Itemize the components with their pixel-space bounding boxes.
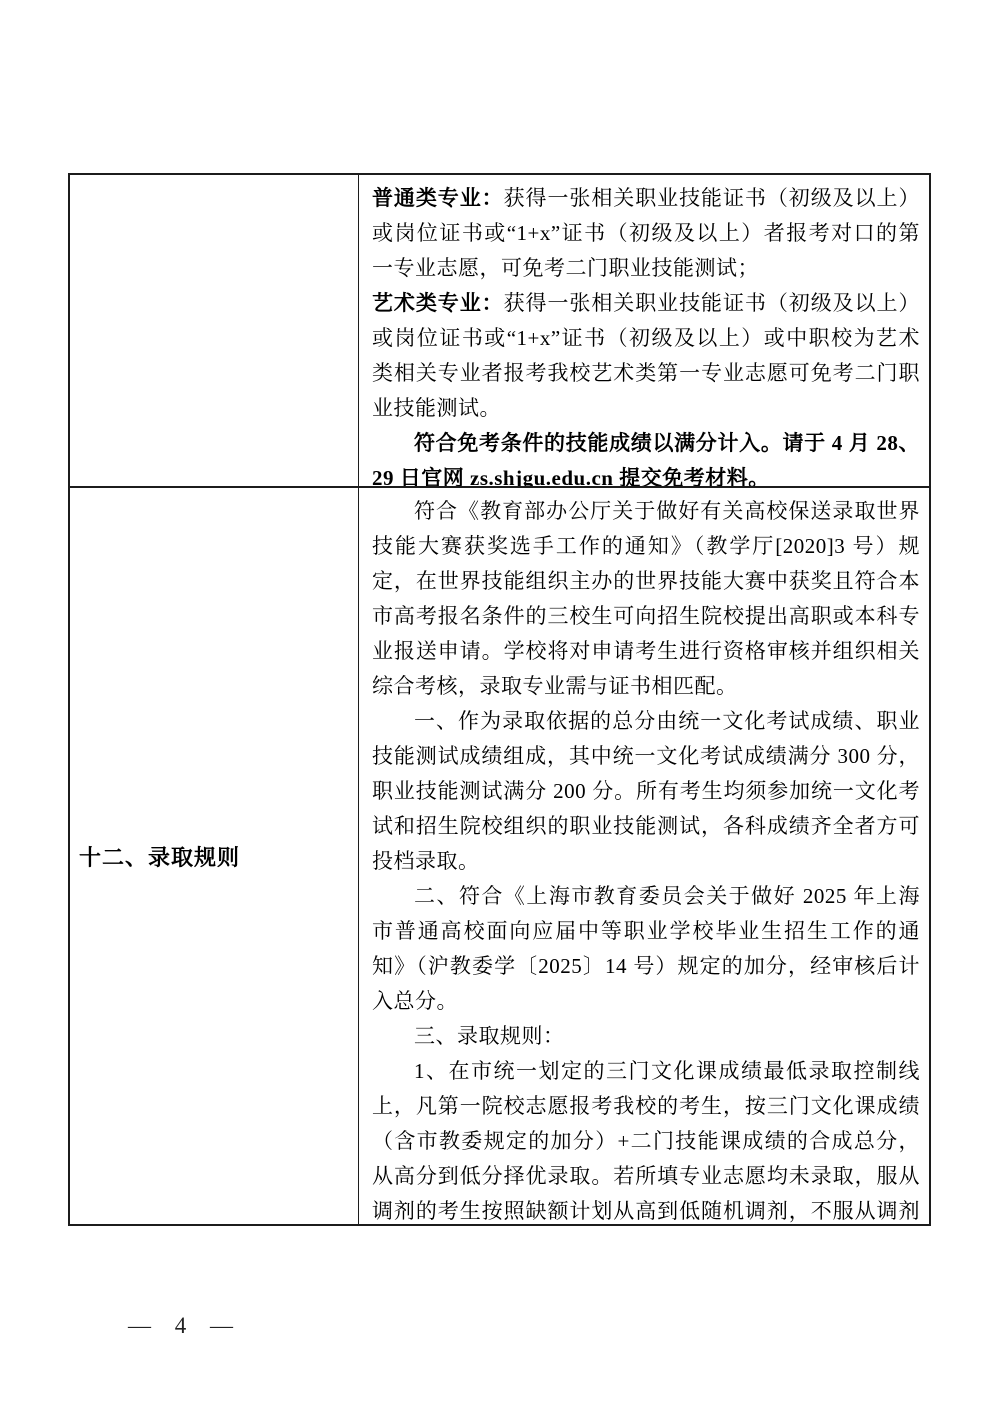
admission-rules-table: 普通类专业：获得一张相关职业技能证书（初级及以上）或岗位证书或“1+x”证书（初… (68, 173, 931, 1226)
rule-2-text: 二、符合《上海市教育委员会关于做好 2025 年上海市普通高校面向应届中等职业学… (372, 884, 920, 1013)
paragraph-rule-3-heading: 三、录取规则： (372, 1019, 920, 1054)
paragraph-rule-1-total-score: 一、作为录取依据的总分由统一文化考试成绩、职业技能测试成绩组成，其中统一文化考试… (372, 704, 920, 879)
worldskills-policy-text: 符合《教育部办公厅关于做好有关高校保送录取世界技能大赛获奖选手工作的通知》（教学… (372, 499, 920, 698)
table-row: 十二、录取规则 符合《教育部办公厅关于做好有关高校保送录取世界技能大赛获奖选手工… (70, 488, 929, 1224)
rule-1-text: 一、作为录取依据的总分由统一文化考试成绩、职业技能测试成绩组成，其中统一文化考试… (372, 709, 920, 873)
rule-3-item-1-text: 1、在市统一划定的三门文化课成绩最低录取控制线上，凡第一院校志愿报考我校的考生，… (372, 1059, 920, 1224)
general-majors-lead: 普通类专业： (372, 186, 504, 210)
row-label-cell-admission-rules: 十二、录取规则 (70, 488, 359, 1224)
paragraph-art-majors: 艺术类专业：获得一张相关职业技能证书（初级及以上）或岗位证书或“1+x”证书（初… (372, 286, 920, 426)
art-majors-lead: 艺术类专业： (372, 291, 504, 315)
table-row: 普通类专业：获得一张相关职业技能证书（初级及以上）或岗位证书或“1+x”证书（初… (70, 175, 929, 488)
row-label-admission-rules: 十二、录取规则 (79, 841, 240, 872)
paragraph-worldskills-policy: 符合《教育部办公厅关于做好有关高校保送录取世界技能大赛获奖选手工作的通知》（教学… (372, 494, 920, 704)
skill-exemption-cell: 普通类专业：获得一张相关职业技能证书（初级及以上）或岗位证书或“1+x”证书（初… (359, 175, 929, 486)
page-number: — 4 — (128, 1313, 233, 1339)
admission-rules-cell: 符合《教育部办公厅关于做好有关高校保送录取世界技能大赛获奖选手工作的通知》（教学… (359, 488, 929, 1224)
row-label-cell-empty (70, 175, 359, 486)
paragraph-exemption-note: 符合免考条件的技能成绩以满分计入。请于 4 月 28、29 日官网 zs.shj… (372, 426, 920, 486)
paragraph-rule-3-item-1: 1、在市统一划定的三门文化课成绩最低录取控制线上，凡第一院校志愿报考我校的考生，… (372, 1054, 920, 1224)
paragraph-rule-2-bonus-points: 二、符合《上海市教育委员会关于做好 2025 年上海市普通高校面向应届中等职业学… (372, 879, 920, 1019)
paragraph-general-majors: 普通类专业：获得一张相关职业技能证书（初级及以上）或岗位证书或“1+x”证书（初… (372, 181, 920, 286)
rule-3-heading-text: 三、录取规则： (414, 1024, 565, 1048)
document-page: { "document": { "footer": { "page_number… (0, 0, 992, 1403)
exemption-note-text: 符合免考条件的技能成绩以满分计入。请于 4 月 28、29 日官网 zs.shj… (372, 431, 920, 486)
